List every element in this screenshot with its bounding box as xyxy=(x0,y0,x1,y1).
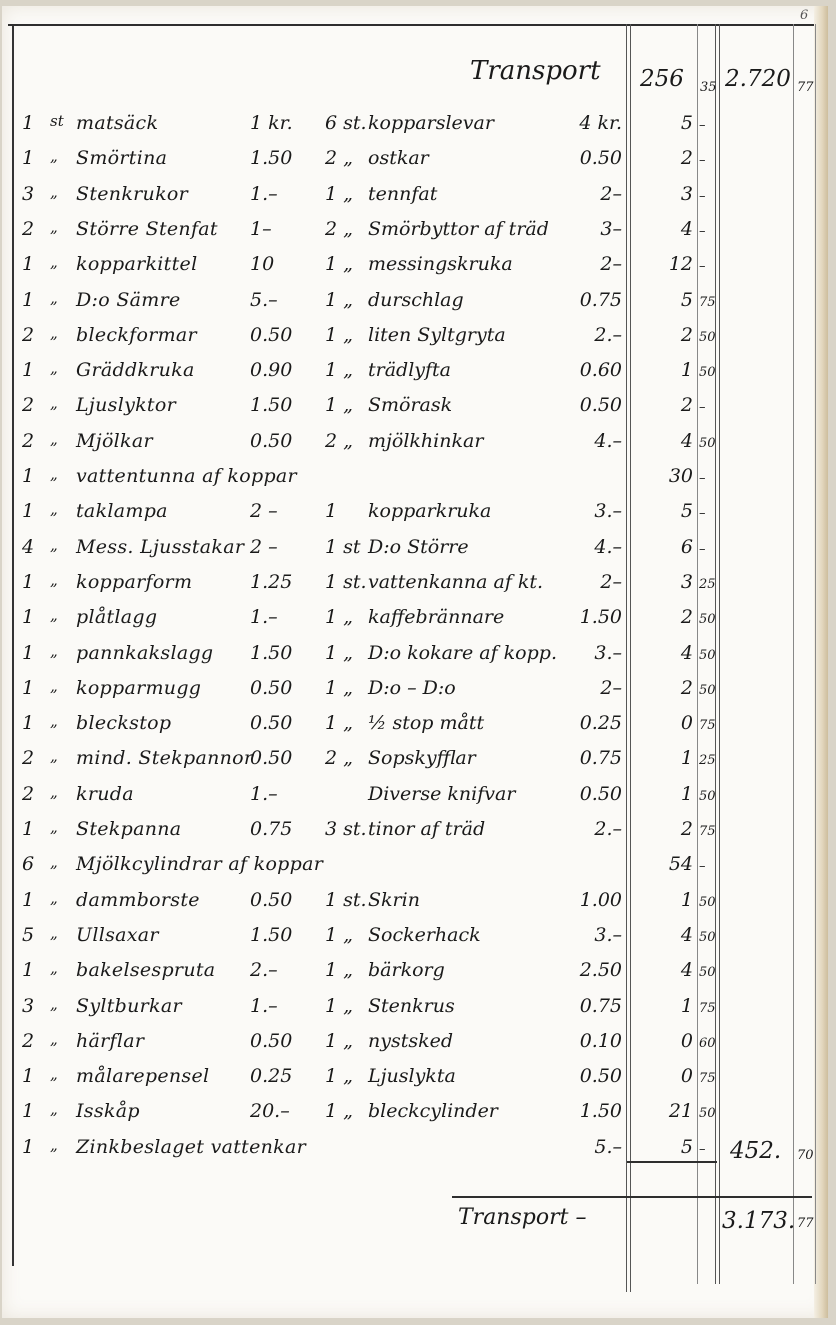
item-price-2: 2– xyxy=(560,677,622,699)
unit: „ xyxy=(50,606,58,624)
item-name: mind. Stekpannor xyxy=(76,747,253,769)
row-sum-kr: 3 xyxy=(635,571,693,593)
ledger-row: 1 „ plåtlagg 1.– 1 „ kaffebrännare 1.50 … xyxy=(0,602,836,636)
item-price-2: 0.25 xyxy=(560,712,622,734)
unit: „ xyxy=(50,430,58,448)
ledger-row: 2 „ Större Stenfat 1– 2 „ Smörbyttor af … xyxy=(0,214,836,248)
quantity-2: 1 „ xyxy=(325,1100,353,1122)
item-price: 1.50 xyxy=(250,642,320,664)
quantity: 1 xyxy=(22,606,44,628)
item-name: kopparform xyxy=(76,571,192,593)
item-price-2: 2.– xyxy=(560,324,622,346)
item-price-2: 0.50 xyxy=(560,147,622,169)
row-sum-kr: 2 xyxy=(635,606,693,628)
unit: „ xyxy=(50,818,58,836)
ledger-row: 2 „ härflar 0.50 1 „ nystsked 0.10 0 60 xyxy=(0,1026,836,1060)
ledger-row: 5 „ Ullsaxar 1.50 1 „ Sockerhack 3.– 4 5… xyxy=(0,920,836,954)
row-sum-kr: 5 xyxy=(635,289,693,311)
row-sum-kr: 4 xyxy=(635,430,693,452)
quantity-2: 6 st. xyxy=(325,112,367,134)
ledger-row: 1 „ Zinkbeslaget vattenkar 5.– 5 – xyxy=(0,1132,836,1166)
ledger-row: 1 „ taklampa 2 – 1 kopparkruka 3.– 5 – xyxy=(0,496,836,530)
quantity-2: 2 „ xyxy=(325,430,353,452)
unit: „ xyxy=(50,853,58,871)
row-sum-ore: 50 xyxy=(699,648,716,663)
unit: „ xyxy=(50,147,58,165)
item-price: 5.– xyxy=(250,289,320,311)
quantity-2: 1 „ xyxy=(325,995,353,1017)
unit: „ xyxy=(50,183,58,201)
row-sum-ore: – xyxy=(699,259,706,274)
item-price: 1.– xyxy=(250,183,320,205)
item-price-2: 0.50 xyxy=(560,1065,622,1087)
quantity-2: 2 „ xyxy=(325,147,353,169)
quantity: 1 xyxy=(22,712,44,734)
ledger-row: 1 st matsäck 1 kr. 6 st. kopparslevar 4 … xyxy=(0,108,836,142)
item-name: matsäck xyxy=(76,112,158,134)
ledger-row: 1 „ vattentunna af koppar 30 – xyxy=(0,461,836,495)
unit: „ xyxy=(50,677,58,695)
row-sum-kr: 1 xyxy=(635,783,693,805)
item-name-2: kaffebrännare xyxy=(368,606,504,628)
item-name-2: Smörbyttor af träd xyxy=(368,218,549,240)
item-price: 0.50 xyxy=(250,712,320,734)
row-sum-ore: – xyxy=(699,153,706,168)
item-name-2: D:o Större xyxy=(368,536,469,558)
item-price: 0.50 xyxy=(250,1030,320,1052)
item-name-2: Ljuslykta xyxy=(368,1065,456,1087)
ledger-row: 4 „ Mess. Ljusstakar 2 – 1 st D:o Större… xyxy=(0,532,836,566)
quantity-2: 1 st. xyxy=(325,889,367,911)
ledger-row: 2 „ mind. Stekpannor 0.50 2 „ Sopskyffla… xyxy=(0,743,836,777)
item-name: kruda xyxy=(76,783,134,805)
row-sum-kr: 0 xyxy=(635,1030,693,1052)
item-name: pannkakslagg xyxy=(76,642,213,664)
quantity-2: 3 st. xyxy=(325,818,367,840)
quantity: 2 xyxy=(22,394,44,416)
item-name-2: liten Syltgryta xyxy=(368,324,506,346)
item-price-2: 3.– xyxy=(560,500,622,522)
ledger-row: 1 „ D:o Sämre 5.– 1 „ durschlag 0.75 5 7… xyxy=(0,285,836,319)
transport-in-label: Transport xyxy=(470,56,601,86)
row-sum-ore: 50 xyxy=(699,895,716,910)
item-name: kopparmugg xyxy=(76,677,201,699)
row-sum-ore: 50 xyxy=(699,1106,716,1121)
item-name-2: D:o kokare af kopp. xyxy=(368,642,557,664)
item-price-2: 2– xyxy=(560,183,622,205)
row-sum-kr: 21 xyxy=(635,1100,693,1122)
item-price: 0.90 xyxy=(250,359,320,381)
row-sum-ore: 25 xyxy=(699,577,716,592)
item-price-2: 1.50 xyxy=(560,1100,622,1122)
item-price-2: 1.50 xyxy=(560,606,622,628)
item-price-2: 3.– xyxy=(560,642,622,664)
quantity-2: 1 „ xyxy=(325,924,353,946)
item-price: 1.– xyxy=(250,995,320,1017)
row-sum-kr: 5 xyxy=(635,1136,693,1158)
unit: „ xyxy=(50,1065,58,1083)
row-sum-kr: 2 xyxy=(635,394,693,416)
item-name-2: trädlyfta xyxy=(368,359,451,381)
quantity: 1 xyxy=(22,465,44,487)
quantity: 1 xyxy=(22,642,44,664)
item-price: 0.50 xyxy=(250,430,320,452)
item-name-2: bärkorg xyxy=(368,959,445,981)
item-price: 1.25 xyxy=(250,571,320,593)
item-name-2: Sopskyfflar xyxy=(368,747,476,769)
quantity: 1 xyxy=(22,112,44,134)
row-sum-ore: 50 xyxy=(699,330,716,345)
item-name: kopparkittel xyxy=(76,253,197,275)
ledger-row: 2 „ Mjölkar 0.50 2 „ mjölkhinkar 4.– 4 5… xyxy=(0,426,836,460)
item-name: Mess. Ljusstakar xyxy=(76,536,244,558)
quantity: 3 xyxy=(22,183,44,205)
item-name: vattentunna af koppar xyxy=(76,465,297,487)
row-sum-ore: – xyxy=(699,118,706,133)
quantity-2: 1 „ xyxy=(325,394,353,416)
item-price: 1 kr. xyxy=(250,112,320,134)
item-price-2: 2– xyxy=(560,571,622,593)
quantity-2: 1 „ xyxy=(325,324,353,346)
row-sum-ore: – xyxy=(699,471,706,486)
quantity-2: 1 st. xyxy=(325,571,367,593)
quantity-2: 1 „ xyxy=(325,1030,353,1052)
row-sum-ore: 75 xyxy=(699,295,716,310)
unit: „ xyxy=(50,712,58,730)
item-price-2: 0.75 xyxy=(560,995,622,1017)
ledger-row: 1 „ dammborste 0.50 1 st. Skrin 1.00 1 5… xyxy=(0,885,836,919)
ledger-row: 3 „ Syltburkar 1.– 1 „ Stenkrus 0.75 1 7… xyxy=(0,991,836,1025)
item-price-2: 3– xyxy=(560,218,622,240)
quantity-2: 1 „ xyxy=(325,642,353,664)
row-sum-ore: 50 xyxy=(699,930,716,945)
quantity-2: 1 „ xyxy=(325,253,353,275)
item-price: 2 – xyxy=(250,536,320,558)
quantity: 6 xyxy=(22,853,44,875)
quantity: 1 xyxy=(22,818,44,840)
item-name-2: bleckcylinder xyxy=(368,1100,498,1122)
ledger-row: 1 „ Isskåp 20.– 1 „ bleckcylinder 1.50 2… xyxy=(0,1096,836,1130)
item-name: plåtlagg xyxy=(76,606,157,628)
ledger-row: 3 „ Stenkrukor 1.– 1 „ tennfat 2– 3 – xyxy=(0,179,836,213)
unit: „ xyxy=(50,747,58,765)
ledger-row: 1 „ kopparform 1.25 1 st. vattenkanna af… xyxy=(0,567,836,601)
row-sum-ore: – xyxy=(699,859,706,874)
item-price-2: 4.– xyxy=(560,430,622,452)
row-sum-kr: 0 xyxy=(635,712,693,734)
item-name: Syltburkar xyxy=(76,995,182,1017)
item-name: Stekpanna xyxy=(76,818,181,840)
unit: „ xyxy=(50,571,58,589)
unit: „ xyxy=(50,1100,58,1118)
item-name-2: ostkar xyxy=(368,147,429,169)
quantity: 1 xyxy=(22,147,44,169)
item-name: Stenkrukor xyxy=(76,183,188,205)
item-price-2: 0.10 xyxy=(560,1030,622,1052)
quantity: 1 xyxy=(22,253,44,275)
row-sum-kr: 4 xyxy=(635,642,693,664)
item-name: Större Stenfat xyxy=(76,218,218,240)
row-sum-kr: 30 xyxy=(635,465,693,487)
transport-in-col2-kr: 2.720 xyxy=(725,66,791,92)
ledger-row: 1 „ kopparmugg 0.50 1 „ D:o – D:o 2– 2 5… xyxy=(0,673,836,707)
ledger-row: 1 „ Stekpanna 0.75 3 st. tinor af träd 2… xyxy=(0,814,836,848)
unit: „ xyxy=(50,359,58,377)
item-price: 0.50 xyxy=(250,747,320,769)
item-name-2: Diverse knifvar xyxy=(368,783,515,805)
row-sum-ore: 50 xyxy=(699,436,716,451)
item-price: 1.– xyxy=(250,606,320,628)
transport-out-label: Transport – xyxy=(458,1205,586,1230)
row-sum-ore: 50 xyxy=(699,965,716,980)
item-price-2: 0.50 xyxy=(560,783,622,805)
ledger-row: 6 „ Mjölkcylindrar af koppar 54 – xyxy=(0,849,836,883)
row-sum-ore: 75 xyxy=(699,718,716,733)
quantity-2: 1 „ xyxy=(325,289,353,311)
item-price: 20.– xyxy=(250,1100,320,1122)
item-name-2: nystsked xyxy=(368,1030,453,1052)
quantity-2: 2 „ xyxy=(325,747,353,769)
quantity: 4 xyxy=(22,536,44,558)
row-sum-ore: 50 xyxy=(699,683,716,698)
unit: „ xyxy=(50,1030,58,1048)
item-price-2: 0.75 xyxy=(560,747,622,769)
item-name-2: mjölkhinkar xyxy=(368,430,483,452)
quantity: 2 xyxy=(22,430,44,452)
row-sum-ore: 75 xyxy=(699,1001,716,1016)
subtotal-ore: 70 xyxy=(797,1148,814,1163)
item-price-2: 4.– xyxy=(560,536,622,558)
item-price: 2 – xyxy=(250,500,320,522)
row-sum-ore: – xyxy=(699,1142,706,1157)
transport-out-kr: 3.173. xyxy=(722,1208,795,1234)
top-rule xyxy=(8,24,814,26)
item-name: Smörtina xyxy=(76,147,167,169)
item-name: härflar xyxy=(76,1030,144,1052)
item-name: dammborste xyxy=(76,889,200,911)
quantity: 2 xyxy=(22,218,44,240)
unit: „ xyxy=(50,995,58,1013)
ledger-row: 1 „ bleckstop 0.50 1 „ ½ stop mått 0.25 … xyxy=(0,708,836,742)
subtotal-kr: 452. xyxy=(730,1138,781,1164)
row-sum-kr: 2 xyxy=(635,677,693,699)
row-sum-kr: 1 xyxy=(635,747,693,769)
item-name-2: ½ stop mått xyxy=(368,712,484,734)
item-price: 0.50 xyxy=(250,677,320,699)
unit: „ xyxy=(50,1136,58,1154)
row-sum-ore: – xyxy=(699,506,706,521)
quantity: 2 xyxy=(22,783,44,805)
item-name-2: Skrin xyxy=(368,889,420,911)
row-sum-ore: – xyxy=(699,189,706,204)
unit: „ xyxy=(50,642,58,660)
item-price-2: 2– xyxy=(560,253,622,275)
item-name-2: tinor af träd xyxy=(368,818,485,840)
quantity: 3 xyxy=(22,995,44,1017)
item-name: Ullsaxar xyxy=(76,924,159,946)
unit: „ xyxy=(50,465,58,483)
item-name-2: Smörask xyxy=(368,394,452,416)
item-price: 0.50 xyxy=(250,889,320,911)
transport-in-col1-ore: 35 xyxy=(700,80,717,95)
row-sum-kr: 54 xyxy=(635,853,693,875)
item-price: 10 xyxy=(250,253,320,275)
quantity-2: 1 xyxy=(325,500,337,522)
quantity: 1 xyxy=(22,889,44,911)
ledger-row: 1 „ Smörtina 1.50 2 „ ostkar 0.50 2 – xyxy=(0,143,836,177)
quantity: 2 xyxy=(22,747,44,769)
quantity: 1 xyxy=(22,571,44,593)
unit: „ xyxy=(50,924,58,942)
item-price-2: 2.– xyxy=(560,818,622,840)
unit: „ xyxy=(50,889,58,907)
item-name-2: Sockerhack xyxy=(368,924,481,946)
quantity: 1 xyxy=(22,359,44,381)
quantity: 1 xyxy=(22,500,44,522)
item-name-2: Stenkrus xyxy=(368,995,455,1017)
quantity-2: 1 „ xyxy=(325,1065,353,1087)
item-price: 1.50 xyxy=(250,924,320,946)
ledger-row: 1 „ pannkakslagg 1.50 1 „ D:o kokare af … xyxy=(0,638,836,672)
row-sum-kr: 6 xyxy=(635,536,693,558)
row-sum-ore: 75 xyxy=(699,824,716,839)
item-price: 2.– xyxy=(250,959,320,981)
ledger-row: 1 „ målarepensel 0.25 1 „ Ljuslykta 0.50… xyxy=(0,1061,836,1095)
item-price: 0.75 xyxy=(250,818,320,840)
item-name-2: kopparslevar xyxy=(368,112,494,134)
ledger-row: 1 „ bakelsespruta 2.– 1 „ bärkorg 2.50 4… xyxy=(0,955,836,989)
item-name: Zinkbeslaget vattenkar xyxy=(76,1136,306,1158)
row-sum-ore: 60 xyxy=(699,1036,716,1051)
quantity: 2 xyxy=(22,324,44,346)
item-name-2: vattenkanna af kt. xyxy=(368,571,543,593)
quantity: 5 xyxy=(22,924,44,946)
unit: „ xyxy=(50,253,58,271)
quantity-2: 1 „ xyxy=(325,606,353,628)
quantity-2: 1 „ xyxy=(325,359,353,381)
row-sum-kr: 3 xyxy=(635,183,693,205)
quantity: 1 xyxy=(22,1100,44,1122)
quantity: 1 xyxy=(22,1136,44,1158)
item-price: 0.25 xyxy=(250,1065,320,1087)
item-price: 1.– xyxy=(250,783,320,805)
quantity-2: 2 „ xyxy=(325,218,353,240)
item-price-2: 2.50 xyxy=(560,959,622,981)
unit: „ xyxy=(50,536,58,554)
item-price-2: 4 kr. xyxy=(560,112,622,134)
item-name: Gräddkruka xyxy=(76,359,195,381)
quantity: 1 xyxy=(22,959,44,981)
row-sum-ore: 50 xyxy=(699,789,716,804)
row-sum-kr: 2 xyxy=(635,818,693,840)
row-sum-kr: 1 xyxy=(635,359,693,381)
item-price-2: 0.60 xyxy=(560,359,622,381)
item-name: Mjölkar xyxy=(76,430,153,452)
row-sum-ore: 75 xyxy=(699,1071,716,1086)
row-sum-ore: – xyxy=(699,224,706,239)
quantity: 1 xyxy=(22,677,44,699)
row-sum-ore: 25 xyxy=(699,753,716,768)
item-name-2: D:o – D:o xyxy=(368,677,456,699)
unit: st xyxy=(50,112,64,130)
ledger-row: 2 „ bleckformar 0.50 1 „ liten Syltgryta… xyxy=(0,320,836,354)
row-sum-kr: 1 xyxy=(635,995,693,1017)
row-sum-ore: – xyxy=(699,400,706,415)
item-price-2: 0.75 xyxy=(560,289,622,311)
unit: „ xyxy=(50,500,58,518)
quantity-2: 1 „ xyxy=(325,712,353,734)
row-sum-ore: 50 xyxy=(699,365,716,380)
ledger-row: 2 „ kruda 1.– Diverse knifvar 0.50 1 50 xyxy=(0,779,836,813)
quantity-2: 1 st xyxy=(325,536,361,558)
item-price: 1.50 xyxy=(250,147,320,169)
item-name: D:o Sämre xyxy=(76,289,181,311)
transport-in-col2-ore: 77 xyxy=(797,80,814,95)
item-name: Isskåp xyxy=(76,1100,140,1122)
row-sum-kr: 12 xyxy=(635,253,693,275)
transport-rule xyxy=(452,1196,812,1198)
item-name-2: durschlag xyxy=(368,289,464,311)
row-sum-ore: – xyxy=(699,542,706,557)
item-name: bleckstop xyxy=(76,712,171,734)
ledger-row: 2 „ Ljuslyktor 1.50 1 „ Smörask 0.50 2 – xyxy=(0,390,836,424)
quantity: 1 xyxy=(22,1065,44,1087)
row-sum-kr: 0 xyxy=(635,1065,693,1087)
row-sum-kr: 2 xyxy=(635,147,693,169)
unit: „ xyxy=(50,289,58,307)
item-price: 1– xyxy=(250,218,320,240)
unit: „ xyxy=(50,394,58,412)
item-name: bleckformar xyxy=(76,324,197,346)
item-price: 0.50 xyxy=(250,324,320,346)
item-price-2: 5.– xyxy=(560,1136,622,1158)
quantity: 2 xyxy=(22,1030,44,1052)
unit: „ xyxy=(50,324,58,342)
transport-in-col1-kr: 256 xyxy=(640,66,684,92)
row-sum-kr: 4 xyxy=(635,218,693,240)
quantity-2: 1 „ xyxy=(325,959,353,981)
item-name: bakelsespruta xyxy=(76,959,215,981)
quantity-2: 1 „ xyxy=(325,677,353,699)
ledger-row: 1 „ kopparkittel 10 1 „ messingskruka 2–… xyxy=(0,249,836,283)
row-sum-kr: 4 xyxy=(635,924,693,946)
quantity-2: 1 „ xyxy=(325,183,353,205)
unit: „ xyxy=(50,959,58,977)
item-name-2: tennfat xyxy=(368,183,437,205)
quantity: 1 xyxy=(22,289,44,311)
item-name: Mjölkcylindrar af koppar xyxy=(76,853,323,875)
item-price-2: 1.00 xyxy=(560,889,622,911)
row-sum-ore: 50 xyxy=(699,612,716,627)
item-price: 1.50 xyxy=(250,394,320,416)
item-price-2: 3.– xyxy=(560,924,622,946)
ledger-row: 1 „ Gräddkruka 0.90 1 „ trädlyfta 0.60 1… xyxy=(0,355,836,389)
item-name-2: messingskruka xyxy=(368,253,513,275)
row-sum-kr: 5 xyxy=(635,112,693,134)
unit: „ xyxy=(50,783,58,801)
item-price-2: 0.50 xyxy=(560,394,622,416)
row-sum-kr: 2 xyxy=(635,324,693,346)
row-sum-kr: 5 xyxy=(635,500,693,522)
unit: „ xyxy=(50,218,58,236)
item-name: Ljuslyktor xyxy=(76,394,176,416)
row-sum-kr: 4 xyxy=(635,959,693,981)
item-name: taklampa xyxy=(76,500,168,522)
item-name-2: kopparkruka xyxy=(368,500,491,522)
item-name: målarepensel xyxy=(76,1065,209,1087)
row-sum-kr: 1 xyxy=(635,889,693,911)
page-number: 6 xyxy=(800,8,808,23)
